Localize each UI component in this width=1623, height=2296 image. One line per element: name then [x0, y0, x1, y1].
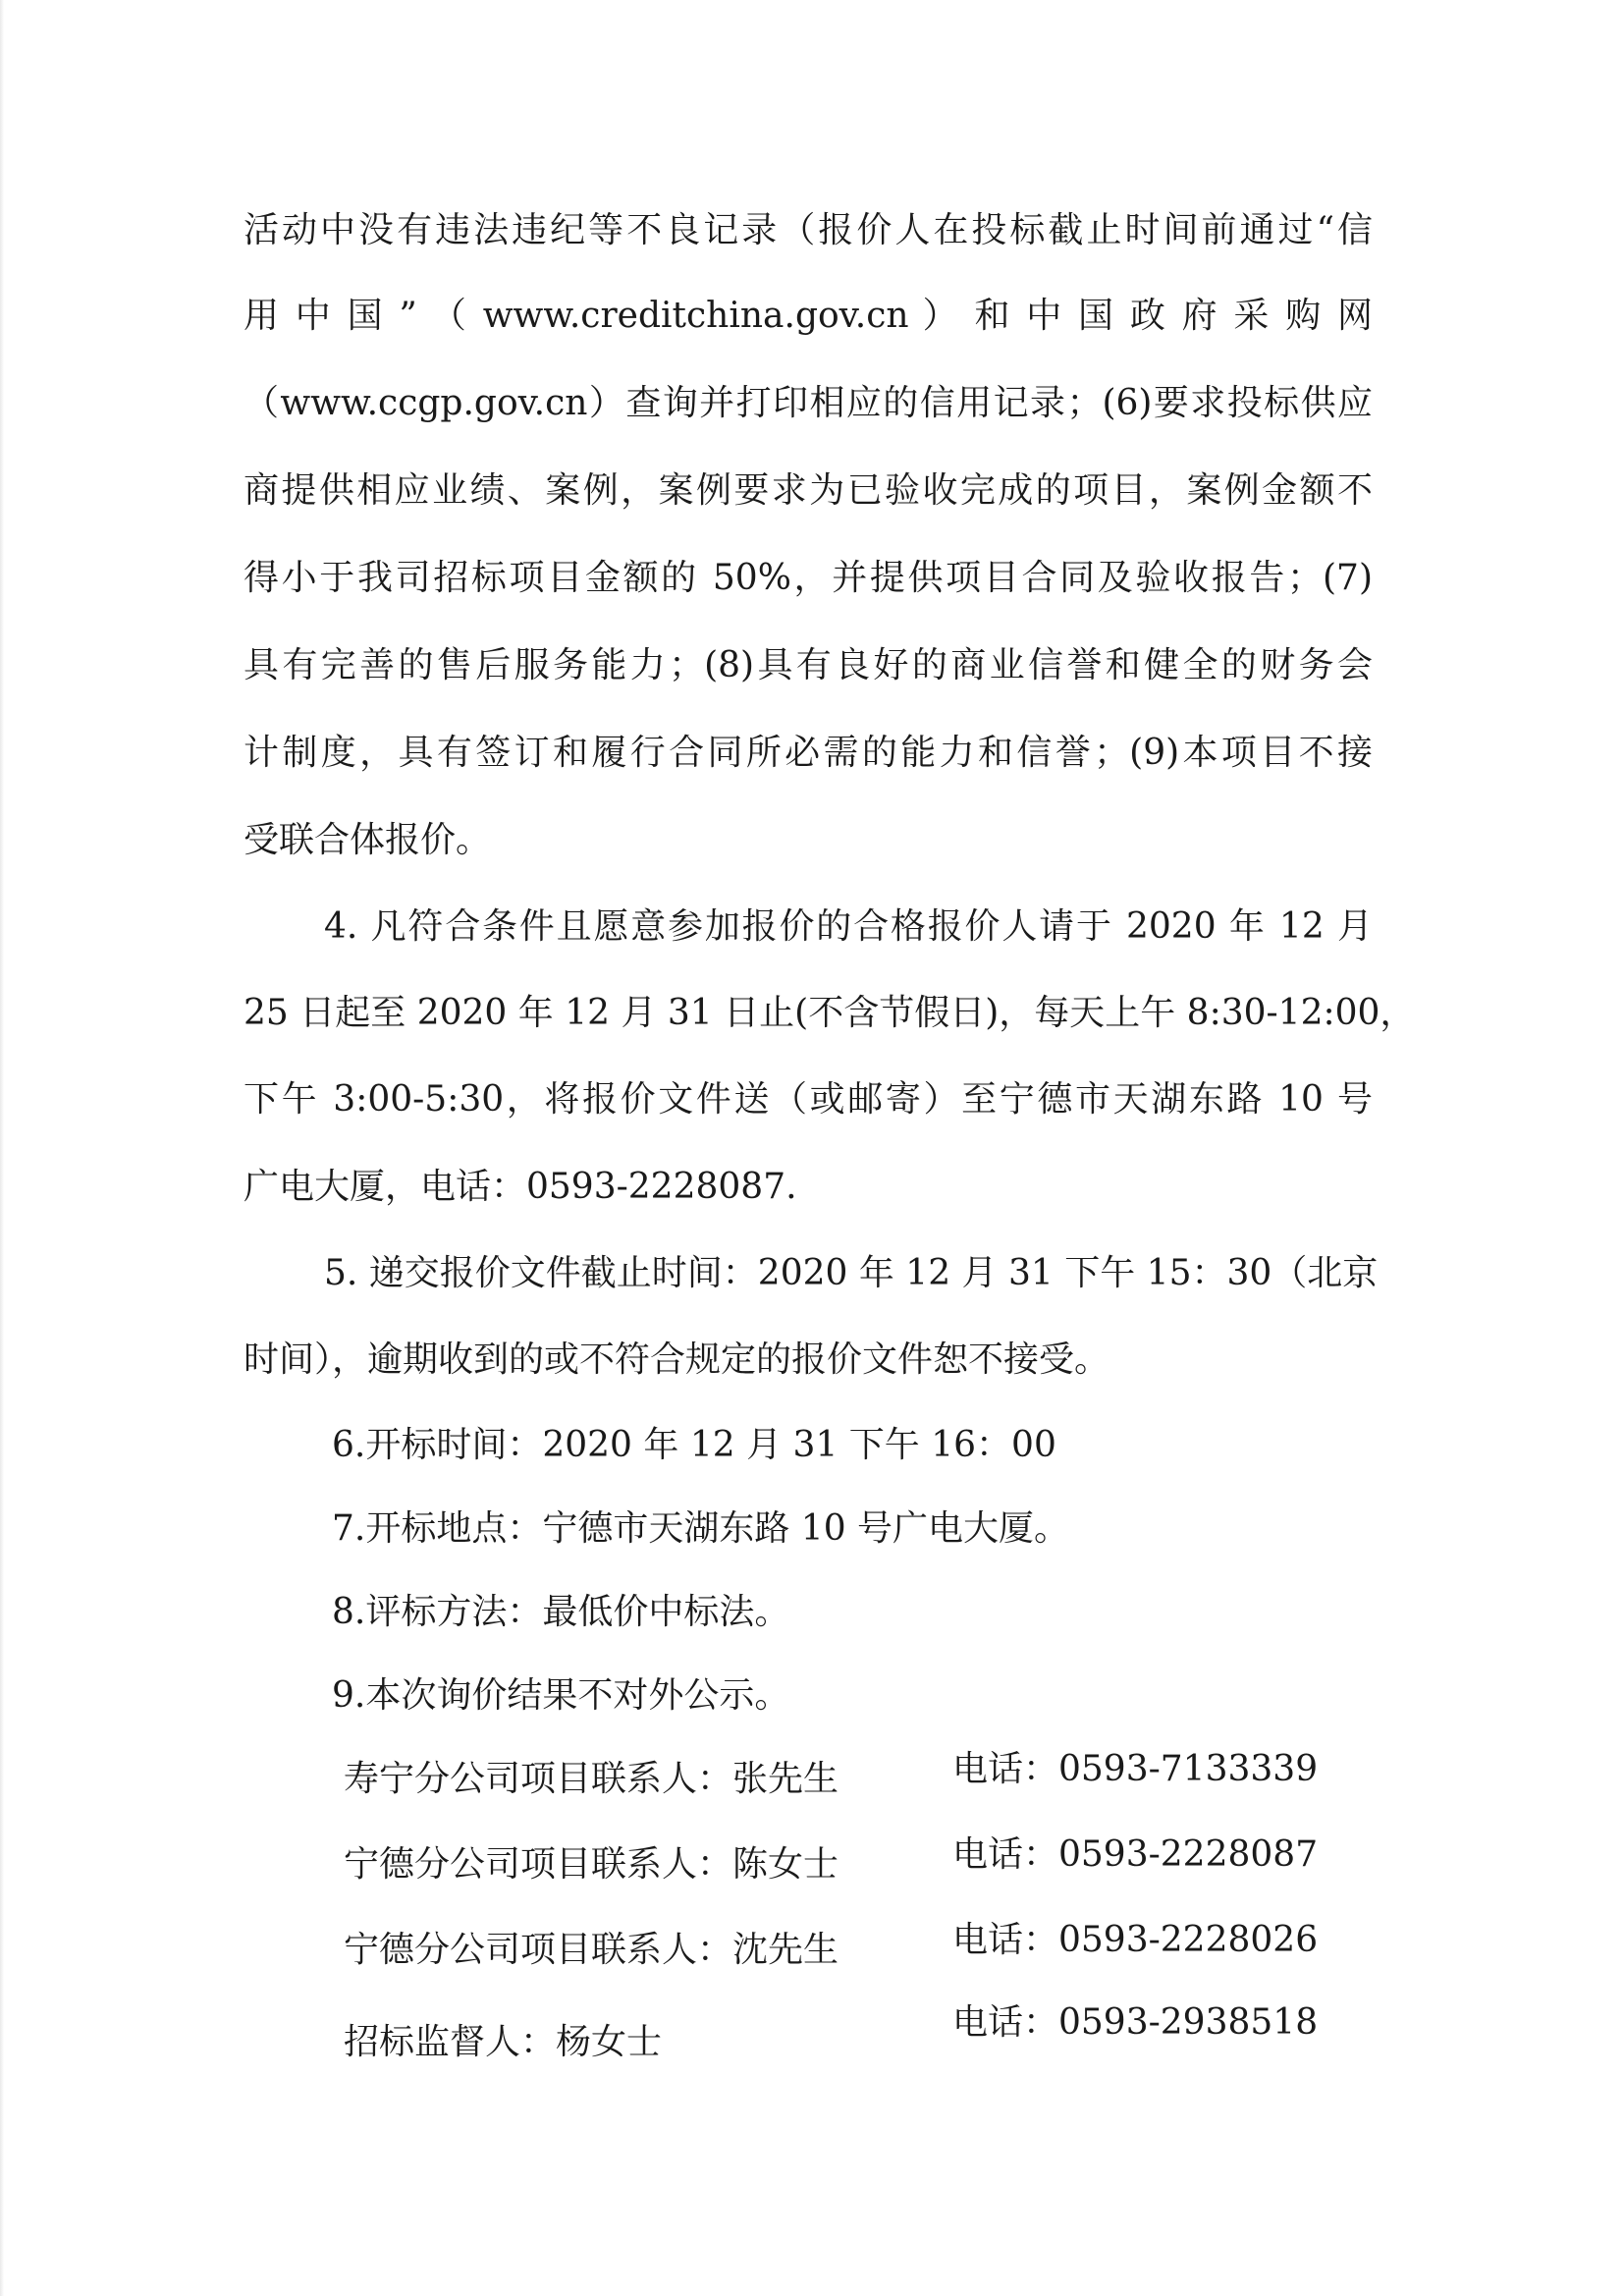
paragraph-line: 5. 递交报价文件截止时间：2020 年 12 月 31 下午 15：30（北京 [324, 1252, 1373, 1295]
paragraph-line: （www.ccgp.gov.cn）查询并打印相应的信用记录；(6)要求投标供应 [243, 382, 1373, 425]
contact-row: 宁德分公司项目联系人：沈先生 电话：0593-2228026 [344, 1929, 1375, 1978]
contact-person: 寿宁分公司项目联系人：张先生 [344, 1758, 839, 1801]
contact-row: 招标监督人：杨女士 电话：0593-2938518 [344, 2021, 1375, 2070]
paragraph-line: 具有完善的售后服务能力；(8)具有良好的商业信誉和健全的财务会 [243, 644, 1373, 687]
contact-phone: 电话：0593-2228087 [952, 1833, 1318, 1877]
paragraph-line: 得小于我司招标项目金额的 50%，并提供项目合同及验收报告；(7) [243, 557, 1373, 600]
paragraph-line: 受联合体报价。 [243, 819, 1373, 862]
paragraph-line: 广电大厦，电话：0593-2228087. [243, 1166, 1373, 1209]
item-8-evaluation-method: 8.评标方法：最低价中标法。 [332, 1591, 1461, 1634]
paragraph-line: 用 中 国 ” （ www.creditchina.gov.cn ） 和 中 国… [243, 295, 1373, 338]
paragraph-line: 时间），逾期收到的或不符合规定的报价文件恕不接受。 [243, 1339, 1373, 1382]
paragraph-line: 25 日起至 2020 年 12 月 31 日止(不含节假日)，每天上午 8:3… [243, 992, 1373, 1035]
contact-phone: 电话：0593-2938518 [952, 2001, 1318, 2045]
paragraph-line: 活动中没有违法违纪等不良记录（报价人在投标截止时间前通过“信 [243, 209, 1373, 252]
contact-phone: 电话：0593-2228026 [952, 1919, 1318, 1962]
document-page: 活动中没有违法违纪等不良记录（报价人在投标截止时间前通过“信 用 中 国 ” （… [0, 0, 1623, 2296]
contact-person: 宁德分公司项目联系人：陈女士 [344, 1843, 839, 1886]
contact-person: 宁德分公司项目联系人：沈先生 [344, 1929, 839, 1972]
paragraph-line: 4. 凡符合条件且愿意参加报价的合格报价人请于 2020 年 12 月 [324, 905, 1373, 949]
item-6-opening-time: 6.开标时间：2020 年 12 月 31 下午 16：00 [332, 1424, 1461, 1467]
paragraph-line: 计制度，具有签订和履行合同所必需的能力和信誉；(9)本项目不接 [243, 732, 1373, 775]
contact-person: 招标监督人：杨女士 [344, 2021, 662, 2064]
item-7-opening-location: 7.开标地点：宁德市天湖东路 10 号广电大厦。 [332, 1507, 1461, 1551]
item-9-result-disclosure: 9.本次询价结果不对外公示。 [332, 1674, 1461, 1718]
contact-row: 寿宁分公司项目联系人：张先生 电话：0593-7133339 [344, 1758, 1375, 1807]
contact-phone: 电话：0593-7133339 [952, 1748, 1318, 1791]
contact-row: 宁德分公司项目联系人：陈女士 电话：0593-2228087 [344, 1843, 1375, 1892]
paragraph-line: 下午 3:00-5:30，将报价文件送（或邮寄）至宁德市天湖东路 10 号 [243, 1078, 1373, 1121]
paragraph-line: 商提供相应业绩、案例，案例要求为已验收完成的项目，案例金额不 [243, 469, 1373, 513]
